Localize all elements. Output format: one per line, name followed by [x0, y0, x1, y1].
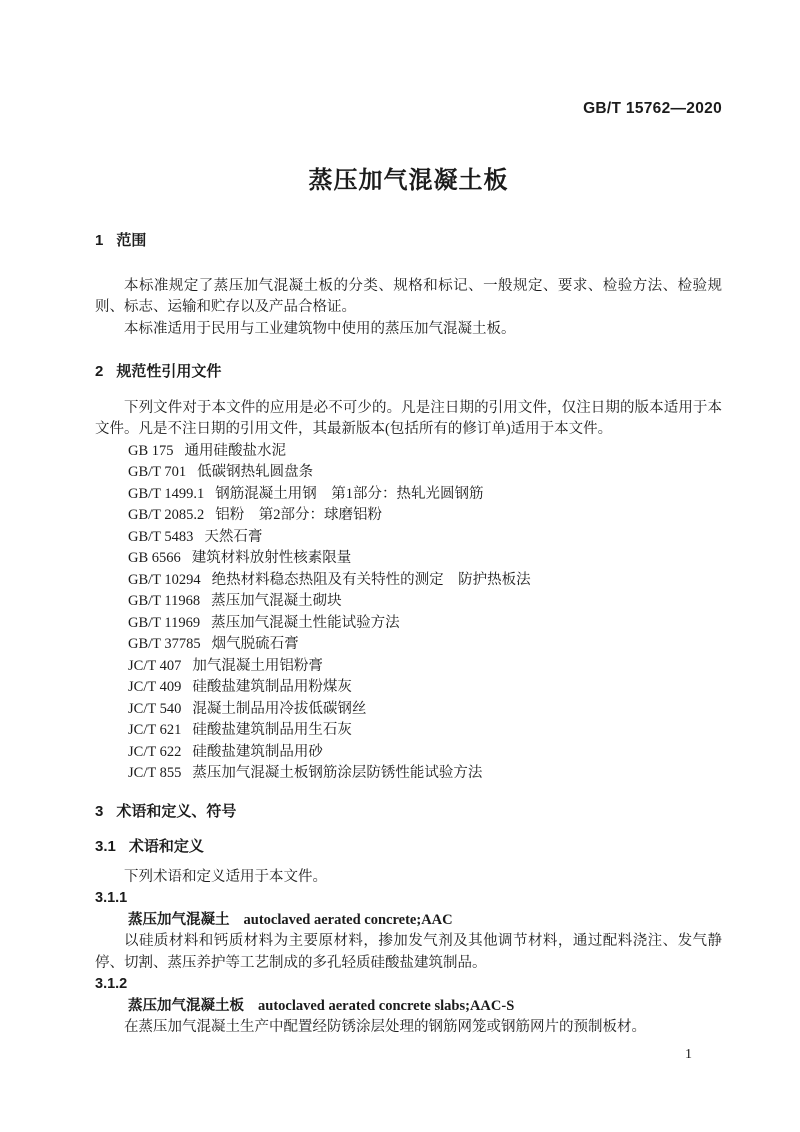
page-content: GB/T 15762—2020 蒸压加气混凝土板 1范围 本标准规定了蒸压加气混…	[0, 0, 800, 1065]
section-heading-terms: 3术语和定义、符号	[95, 801, 722, 823]
reference-code: GB/T 2085.2	[128, 507, 204, 523]
doc-header: GB/T 15762—2020	[95, 0, 722, 119]
reference-item: GB/T 5483天然石膏	[128, 527, 722, 549]
reference-title: 建筑材料放射性核素限量	[192, 550, 352, 566]
reference-item: JC/T 540混凝土制品用冷拔低碳钢丝	[128, 699, 722, 721]
reference-item: GB/T 11968蒸压加气混凝土砌块	[128, 591, 722, 613]
reference-item: GB/T 701低碳钢热轧圆盘条	[128, 462, 722, 484]
term-entry-title: 蒸压加气混凝土autoclaved aerated concrete;AAC	[95, 910, 722, 932]
reference-item: JC/T 409硅酸盐建筑制品用粉煤灰	[128, 677, 722, 699]
reference-title: 钢筋混凝土用钢 第1部分：热轧光圆钢筋	[215, 486, 483, 502]
reference-list: GB 175通用硅酸盐水泥 GB/T 701低碳钢热轧圆盘条 GB/T 1499…	[95, 441, 722, 785]
reference-code: GB/T 10294	[128, 572, 201, 588]
reference-item: GB 175通用硅酸盐水泥	[128, 441, 722, 463]
reference-title: 通用硅酸盐水泥	[185, 443, 287, 459]
page-footer: 1	[95, 1044, 722, 1066]
reference-title: 天然石膏	[204, 529, 262, 545]
reference-item: JC/T 407加气混凝土用铝粉膏	[128, 656, 722, 678]
terms-intro: 下列术语和定义适用于本文件。	[95, 867, 722, 889]
page-number: 1	[685, 1047, 692, 1062]
term-definition: 在蒸压加气混凝土生产中配置经防锈涂层处理的钢筋网笼或钢筋网片的预制板材。	[95, 1017, 722, 1039]
reference-code: JC/T 540	[128, 701, 181, 717]
reference-item: JC/T 622硅酸盐建筑制品用砂	[128, 742, 722, 764]
section-number: 1	[95, 232, 103, 249]
reference-item: GB 6566建筑材料放射性核素限量	[128, 548, 722, 570]
term-entry: 3.1.1 蒸压加气混凝土autoclaved aerated concrete…	[95, 888, 722, 974]
document-page: GB/T 15762—2020 蒸压加气混凝土板 1范围 本标准规定了蒸压加气混…	[0, 0, 800, 1132]
term-definition: 以硅质材料和钙质材料为主要原材料，掺加发气剂及其他调节材料，通过配料浇注、发气静…	[95, 931, 722, 974]
scope-paragraph-1: 本标准规定了蒸压加气混凝土板的分类、规格和标记、一般规定、要求、检验方法、检验规…	[95, 276, 722, 319]
subsection-heading-terms-definitions: 3.1术语和定义	[95, 836, 722, 858]
section-number: 2	[95, 363, 103, 380]
reference-item: GB/T 1499.1钢筋混凝土用钢 第1部分：热轧光圆钢筋	[128, 484, 722, 506]
term-english: autoclaved aerated concrete;AAC	[244, 912, 453, 928]
reference-code: GB 175	[128, 443, 174, 459]
reference-code: JC/T 407	[128, 658, 181, 674]
reference-title: 蒸压加气混凝土砌块	[211, 593, 342, 609]
reference-title: 混凝土制品用冷拔低碳钢丝	[192, 701, 366, 717]
reference-code: GB/T 701	[128, 464, 186, 480]
term-entry: 3.1.2 蒸压加气混凝土板autoclaved aerated concret…	[95, 974, 722, 1039]
reference-code: GB/T 37785	[128, 636, 201, 652]
section-heading-scope: 1范围	[95, 230, 722, 252]
subsection-number: 3.1	[95, 838, 116, 855]
reference-title: 硅酸盐建筑制品用砂	[192, 744, 323, 760]
reference-code: GB/T 11968	[128, 593, 200, 609]
reference-title: 低碳钢热轧圆盘条	[197, 464, 313, 480]
subsection-title: 术语和定义	[129, 838, 204, 855]
section-number: 3	[95, 803, 103, 820]
term-entry-number: 3.1.1	[95, 888, 722, 910]
section-title: 规范性引用文件	[116, 363, 221, 380]
reference-code: JC/T 855	[128, 765, 181, 781]
reference-item: JC/T 621硅酸盐建筑制品用生石灰	[128, 720, 722, 742]
reference-item: JC/T 855蒸压加气混凝土板钢筋涂层防锈性能试验方法	[128, 763, 722, 785]
reference-item: GB/T 37785烟气脱硫石膏	[128, 634, 722, 656]
reference-title: 硅酸盐建筑制品用生石灰	[192, 722, 352, 738]
reference-code: GB/T 1499.1	[128, 486, 204, 502]
doc-number: GB/T 15762—2020	[583, 100, 722, 117]
section-title: 范围	[116, 232, 146, 249]
reference-code: JC/T 409	[128, 679, 181, 695]
reference-code: GB/T 11969	[128, 615, 200, 631]
term-entry-title: 蒸压加气混凝土板autoclaved aerated concrete slab…	[95, 996, 722, 1018]
term-chinese: 蒸压加气混凝土	[128, 912, 230, 928]
term-chinese: 蒸压加气混凝土板	[128, 998, 244, 1014]
reference-code: GB 6566	[128, 550, 181, 566]
reference-title: 蒸压加气混凝土板钢筋涂层防锈性能试验方法	[192, 765, 482, 781]
section-title: 术语和定义、符号	[116, 803, 236, 820]
reference-title: 烟气脱硫石膏	[212, 636, 299, 652]
term-entry-number: 3.1.2	[95, 974, 722, 996]
reference-item: GB/T 2085.2铝粉 第2部分：球磨铝粉	[128, 505, 722, 527]
reference-title: 铝粉 第2部分：球磨铝粉	[215, 507, 382, 523]
reference-code: JC/T 622	[128, 744, 181, 760]
reference-item: GB/T 10294绝热材料稳态热阻及有关特性的测定 防护热板法	[128, 570, 722, 592]
term-english: autoclaved aerated concrete slabs;AAC-S	[258, 998, 514, 1014]
reference-title: 硅酸盐建筑制品用粉煤灰	[192, 679, 352, 695]
references-intro: 下列文件对于本文件的应用是必不可少的。凡是注日期的引用文件，仅注日期的版本适用于…	[95, 398, 722, 441]
section-heading-normative-references: 2规范性引用文件	[95, 361, 722, 383]
reference-title: 蒸压加气混凝土性能试验方法	[211, 615, 400, 631]
scope-paragraph-2: 本标准适用于民用与工业建筑物中使用的蒸压加气混凝土板。	[95, 319, 722, 341]
reference-title: 绝热材料稳态热阻及有关特性的测定 防护热板法	[212, 572, 531, 588]
reference-item: GB/T 11969蒸压加气混凝土性能试验方法	[128, 613, 722, 635]
reference-code: JC/T 621	[128, 722, 181, 738]
reference-code: GB/T 5483	[128, 529, 193, 545]
doc-title: 蒸压加气混凝土板	[95, 166, 722, 196]
reference-title: 加气混凝土用铝粉膏	[192, 658, 323, 674]
